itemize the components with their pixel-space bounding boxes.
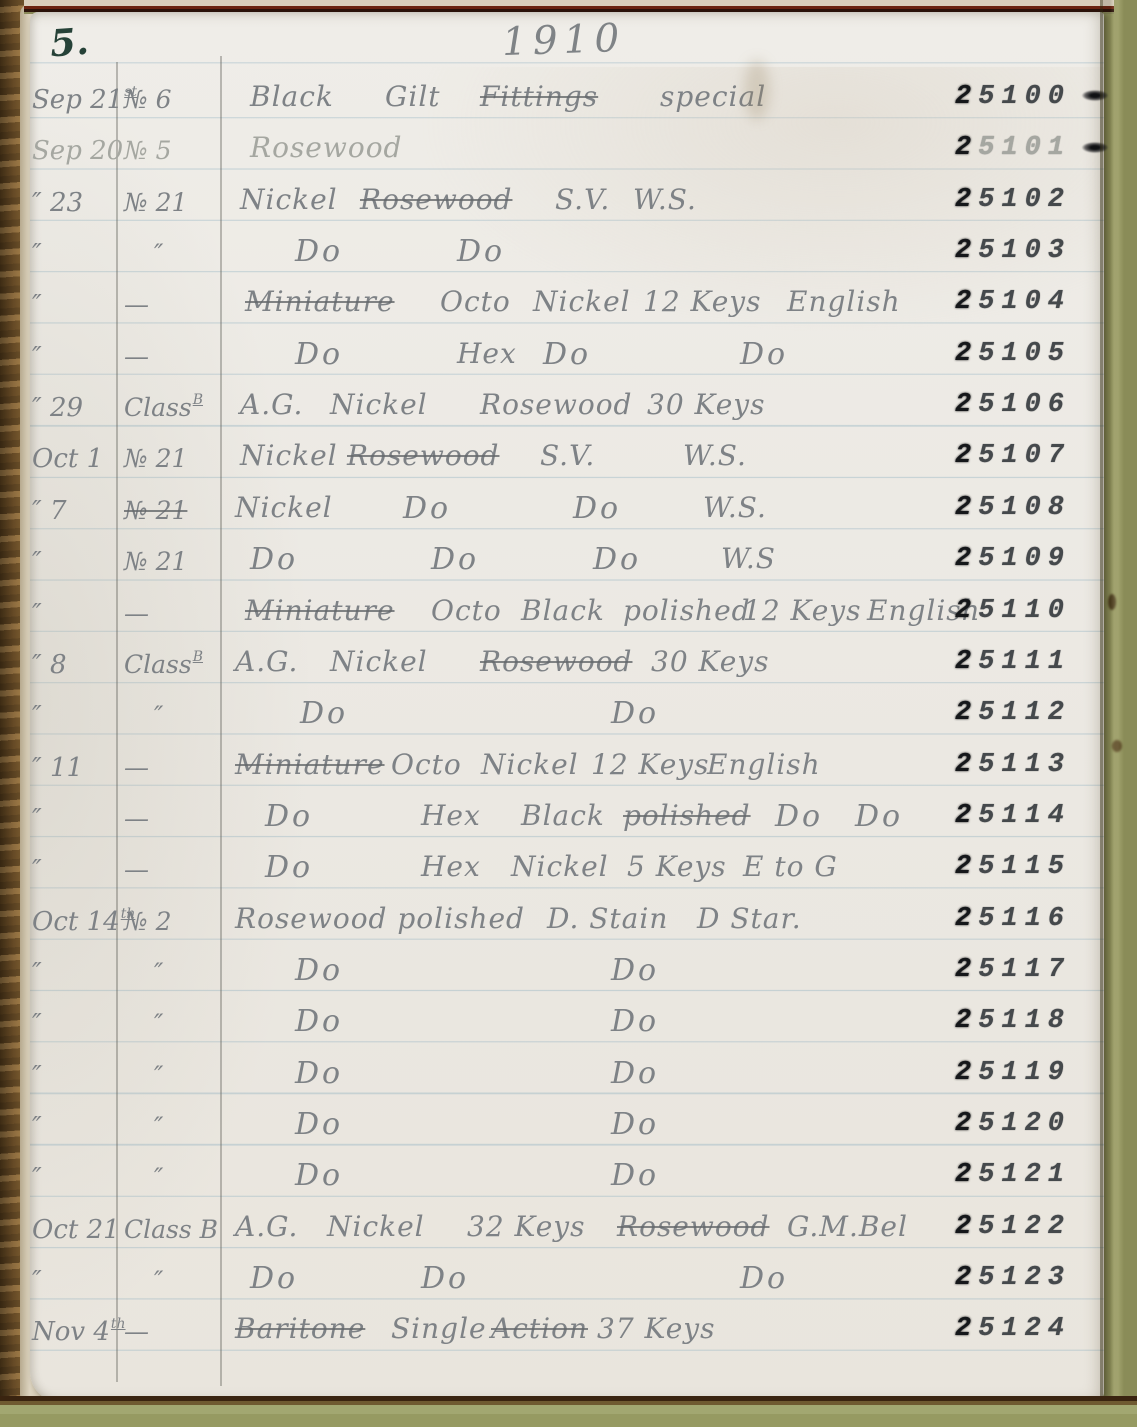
desc-word: Do [573, 491, 621, 526]
desc-word: A.G. [235, 645, 298, 678]
ledger-row: ″″DoDo25117 [30, 949, 1104, 1001]
ledger-scan: 5. 1910 Sep 21st№ 6BlackGiltFittingsspec… [0, 0, 1137, 1427]
date-cell: Oct 1 [32, 435, 116, 487]
desc-word: W.S. [683, 439, 747, 472]
serial-stamp: 25109 [955, 544, 1105, 596]
date-cell: ″ [32, 281, 116, 333]
ledger-row: ″—MiniatureOctoBlackpolished12 KeysEngli… [30, 590, 1104, 642]
ledger-row: Oct 14th№ 2Rosewood polishedD. StainD St… [30, 898, 1104, 950]
description-cell: MiniatureOctoBlackpolished12 KeysEnglish [235, 590, 955, 642]
desc-word: 37 Keys [597, 1312, 715, 1345]
date-cell: ″ [32, 692, 116, 744]
desc-word: 30 Keys [647, 388, 765, 421]
desc-word: Rosewood [617, 1210, 769, 1243]
date-cell: ″ [32, 949, 116, 1001]
serial-stamp: 25108 [955, 493, 1105, 545]
date-cell: ″ [32, 1052, 116, 1104]
desc-word: Octo [440, 285, 511, 318]
serial-stamp: 25117 [955, 955, 1105, 1007]
desc-word: Do [265, 799, 313, 834]
serial-stamp: 25122 [955, 1212, 1105, 1264]
description-cell: Rosewood polishedD. StainD Star. [235, 898, 955, 950]
desc-word: S.V. [540, 439, 595, 472]
serial-stamp: 25123 [955, 1263, 1105, 1315]
ledger-row: Sep 21st№ 6BlackGiltFittingsspecial25100 [30, 76, 1104, 128]
description-cell: NickelRosewoodS.V.W.S. [235, 435, 955, 487]
scan-right-gutter [1100, 0, 1137, 1427]
date-cell: Sep 20 [32, 127, 116, 179]
desc-word: Rosewood [360, 183, 512, 216]
desc-word: Do [295, 1004, 343, 1039]
date-cell: ″ [32, 230, 116, 282]
ledger-row: ″″DoDo25112 [30, 692, 1104, 744]
model-cell: — [124, 795, 224, 847]
model-cell: — [124, 846, 224, 898]
description-cell: DoDo [235, 230, 955, 282]
desc-word: Do [431, 542, 479, 577]
desc-word: Black [250, 80, 334, 113]
desc-word: Do [593, 542, 641, 577]
ledger-row: ″″DoDo25119 [30, 1052, 1104, 1104]
date-cell: Oct 21 [32, 1206, 116, 1258]
desc-word: Nickel [240, 183, 338, 216]
ledger-row: ″—DoHexBlackpolishedDoDo25114 [30, 795, 1104, 847]
desc-word: Do [611, 1004, 659, 1039]
date-cell: ″ [32, 1154, 116, 1206]
ledger-row: ″ 11—MiniatureOctoNickel12 KeysEnglish25… [30, 744, 1104, 796]
description-cell: DoDoDo [235, 1257, 955, 1309]
ledger-row: ″ 23№ 21NickelRosewoodS.V.W.S.25102 [30, 179, 1104, 231]
ledger-row: ″ 29ClassBA.G.NickelRosewood30 Keys25106 [30, 384, 1104, 436]
desc-word: A.G. [235, 1210, 298, 1243]
desc-word: Rosewood [347, 439, 499, 472]
description-cell: A.G.NickelRosewood30 Keys [235, 384, 955, 436]
desc-word: polished [623, 594, 751, 627]
desc-word: Octo [391, 748, 462, 781]
desc-word: 12 Keys [643, 285, 761, 318]
desc-word: 5 Keys [627, 850, 727, 883]
serial-stamp: 25100 [955, 82, 1105, 134]
desc-word: Octo [431, 594, 502, 627]
ledger-row: Nov 4th—BaritoneSingleAction37 Keys25124 [30, 1308, 1104, 1360]
desc-word: D. Stain [547, 902, 668, 935]
desc-word: Do [300, 696, 348, 731]
desc-word: Nickel [330, 645, 428, 678]
date-cell: Nov 4th [32, 1308, 116, 1360]
description-cell: DoDo [235, 1052, 955, 1104]
model-cell: № 21 [124, 487, 224, 539]
serial-stamp: 25112 [955, 698, 1105, 750]
description-cell: A.G.Nickel32 KeysRosewoodG.M.Bel [235, 1206, 955, 1258]
desc-word: W.S. [633, 183, 697, 216]
ledger-row: ″″DoDo25120 [30, 1103, 1104, 1155]
bottom-page-edge [0, 1396, 1137, 1427]
date-cell: ″ [32, 333, 116, 385]
description-cell: DoHexNickel5 KeysE to G [235, 846, 955, 898]
model-cell: № 21 [124, 538, 224, 590]
desc-word: Rosewood [480, 645, 632, 678]
desc-word: Do [295, 234, 343, 269]
model-cell: № 5 [124, 127, 224, 179]
desc-word: Nickel [511, 850, 609, 883]
desc-word: W.S. [703, 491, 767, 524]
desc-word: English [707, 748, 821, 781]
desc-word: English [787, 285, 901, 318]
desc-word: 30 Keys [651, 645, 769, 678]
desc-word: Do [775, 799, 823, 834]
description-cell: BlackGiltFittingsspecial [235, 76, 955, 128]
desc-word: Do [250, 1261, 298, 1296]
desc-word: 12 Keys [591, 748, 709, 781]
desc-word: Action [491, 1312, 588, 1345]
serial-stamp: 25104 [955, 287, 1105, 339]
serial-stamp: 25106 [955, 390, 1105, 442]
model-cell: Class B [124, 1206, 224, 1258]
desc-word: S.V. [555, 183, 610, 216]
serial-stamp: 25102 [955, 185, 1105, 237]
desc-word: Do [421, 1261, 469, 1296]
description-cell: DoHexBlackpolishedDoDo [235, 795, 955, 847]
desc-word: Single [391, 1312, 487, 1345]
serial-stamp: 25103 [955, 236, 1105, 288]
ledger-page: 5. 1910 Sep 21st№ 6BlackGiltFittingsspec… [30, 12, 1104, 1402]
date-cell: ″ 8 [32, 641, 116, 693]
desc-word: Do [855, 799, 903, 834]
model-cell: — [124, 281, 224, 333]
serial-stamp: 25115 [955, 852, 1105, 904]
description-cell: MiniatureOctoNickel12 KeysEnglish [235, 281, 955, 333]
ledger-row: ″ 7№ 21NickelDoDoW.S.25108 [30, 487, 1104, 539]
desc-word: Do [457, 234, 505, 269]
model-cell: — [124, 744, 224, 796]
desc-word: Fittings [480, 80, 598, 113]
desc-word: Do [295, 953, 343, 988]
serial-stamp: 25105 [955, 339, 1105, 391]
desc-word: Hex [421, 850, 481, 883]
desc-word: 32 Keys [467, 1210, 585, 1243]
model-cell: ClassB [124, 641, 224, 693]
desc-word: Nickel [481, 748, 579, 781]
desc-word: Do [611, 1056, 659, 1091]
desc-word: Black [521, 594, 605, 627]
ledger-rows: Sep 21st№ 6BlackGiltFittingsspecial25100… [30, 12, 1104, 1402]
desc-word: Nickel [533, 285, 631, 318]
desc-word: E to G [743, 850, 838, 883]
model-cell: № 21 [124, 435, 224, 487]
description-cell: A.G.NickelRosewood30 Keys [235, 641, 955, 693]
desc-word: Rosewood [480, 388, 632, 421]
desc-word: Do [295, 1056, 343, 1091]
serial-stamp: 25116 [955, 904, 1105, 956]
date-cell: ″ [32, 795, 116, 847]
description-cell: DoDo [235, 692, 955, 744]
serial-stamp: 25120 [955, 1109, 1105, 1161]
date-cell: ″ [32, 538, 116, 590]
ledger-row: Oct 1№ 21NickelRosewoodS.V.W.S.25107 [30, 435, 1104, 487]
serial-stamp: 25119 [955, 1058, 1105, 1110]
desc-word: Hex [421, 799, 481, 832]
desc-word: Baritone [235, 1312, 365, 1345]
desc-word: polished [623, 799, 751, 832]
model-cell: — [124, 590, 224, 642]
desc-word: Do [611, 696, 659, 731]
desc-word: Do [250, 542, 298, 577]
ledger-row: ″№ 21DoDoDoW.S25109 [30, 538, 1104, 590]
ledger-row: Oct 21Class BA.G.Nickel32 KeysRosewoodG.… [30, 1206, 1104, 1258]
date-cell: ″ [32, 1103, 116, 1155]
desc-word: Nickel [327, 1210, 425, 1243]
description-cell: DoHexDoDo [235, 333, 955, 385]
model-cell: — [124, 333, 224, 385]
desc-word: Miniature [245, 285, 395, 318]
ledger-row: ″″DoDo25103 [30, 230, 1104, 282]
desc-word: Do [611, 953, 659, 988]
desc-word: A.G. [240, 388, 303, 421]
desc-word: Do [265, 850, 313, 885]
date-cell: ″ [32, 590, 116, 642]
desc-word: Do [611, 1107, 659, 1142]
serial-stamp: 25113 [955, 750, 1105, 802]
desc-word: G.M.Bel [787, 1210, 908, 1243]
desc-word: Nickel [330, 388, 428, 421]
desc-word: Hex [457, 337, 517, 370]
date-cell: ″ 23 [32, 179, 116, 231]
desc-word: Do [740, 337, 788, 372]
date-cell: ″ [32, 1000, 116, 1052]
ledger-row: ″—DoHexNickel5 KeysE to G25115 [30, 846, 1104, 898]
description-cell: BaritoneSingleAction37 Keys [235, 1308, 955, 1360]
desc-word: Gilt [385, 80, 441, 113]
description-cell: DoDo [235, 1000, 955, 1052]
desc-word: Rosewood [250, 131, 402, 164]
date-cell: Oct 14th [32, 898, 116, 950]
model-cell: № 2 [124, 898, 224, 950]
desc-word: Do [295, 1107, 343, 1142]
desc-word: D Star. [697, 902, 802, 935]
serial-stamp: 25111 [955, 647, 1105, 699]
model-cell: № 21 [124, 179, 224, 231]
desc-word: 12 Keys [743, 594, 861, 627]
date-cell: Sep 21st [32, 76, 116, 128]
description-cell: DoDoDoW.S [235, 538, 955, 590]
desc-word: Rosewood polished [235, 902, 525, 935]
desc-word: Do [295, 1158, 343, 1193]
date-cell: ″ 7 [32, 487, 116, 539]
desc-word: Do [740, 1261, 788, 1296]
description-cell: Rosewood [235, 127, 955, 179]
ledger-row: ″—DoHexDoDo25105 [30, 333, 1104, 385]
stain [744, 60, 770, 120]
ledger-row: Sep 20№ 5Rosewood25101 [30, 127, 1104, 179]
description-cell: DoDo [235, 1103, 955, 1155]
date-cell: ″ [32, 1257, 116, 1309]
serial-stamp: 25107 [955, 441, 1105, 493]
serial-stamp: 25124 [955, 1314, 1105, 1366]
desc-word: Do [543, 337, 591, 372]
date-cell: ″ 11 [32, 744, 116, 796]
description-cell: DoDo [235, 949, 955, 1001]
model-cell: ClassB [124, 384, 224, 436]
model-cell: — [124, 1308, 224, 1360]
ledger-row: ″″DoDo25121 [30, 1154, 1104, 1206]
ledger-row: ″ 8ClassBA.G.NickelRosewood30 Keys25111 [30, 641, 1104, 693]
desc-word: Do [403, 491, 451, 526]
description-cell: MiniatureOctoNickel12 KeysEnglish [235, 744, 955, 796]
description-cell: NickelRosewoodS.V.W.S. [235, 179, 955, 231]
desc-word: W.S [721, 542, 776, 575]
serial-stamp: 25110 [955, 596, 1105, 648]
ledger-row: ″″DoDo25118 [30, 1000, 1104, 1052]
ledger-row: ″—MiniatureOctoNickel12 KeysEnglish25104 [30, 281, 1104, 333]
desc-word: Nickel [235, 491, 333, 524]
description-cell: DoDo [235, 1154, 955, 1206]
desc-word: Miniature [245, 594, 395, 627]
serial-stamp: 25101 [955, 133, 1105, 185]
description-cell: NickelDoDoW.S. [235, 487, 955, 539]
serial-stamp: 25118 [955, 1006, 1105, 1058]
serial-stamp: 25114 [955, 801, 1105, 853]
date-cell: ″ [32, 846, 116, 898]
desc-word: Nickel [240, 439, 338, 472]
desc-word: Do [611, 1158, 659, 1193]
desc-word: Do [295, 337, 343, 372]
desc-word: Miniature [235, 748, 385, 781]
desc-word: Black [521, 799, 605, 832]
ledger-row: ″″DoDoDo25123 [30, 1257, 1104, 1309]
serial-stamp: 25121 [955, 1160, 1105, 1212]
model-cell: № 6 [124, 76, 224, 128]
date-cell: ″ 29 [32, 384, 116, 436]
